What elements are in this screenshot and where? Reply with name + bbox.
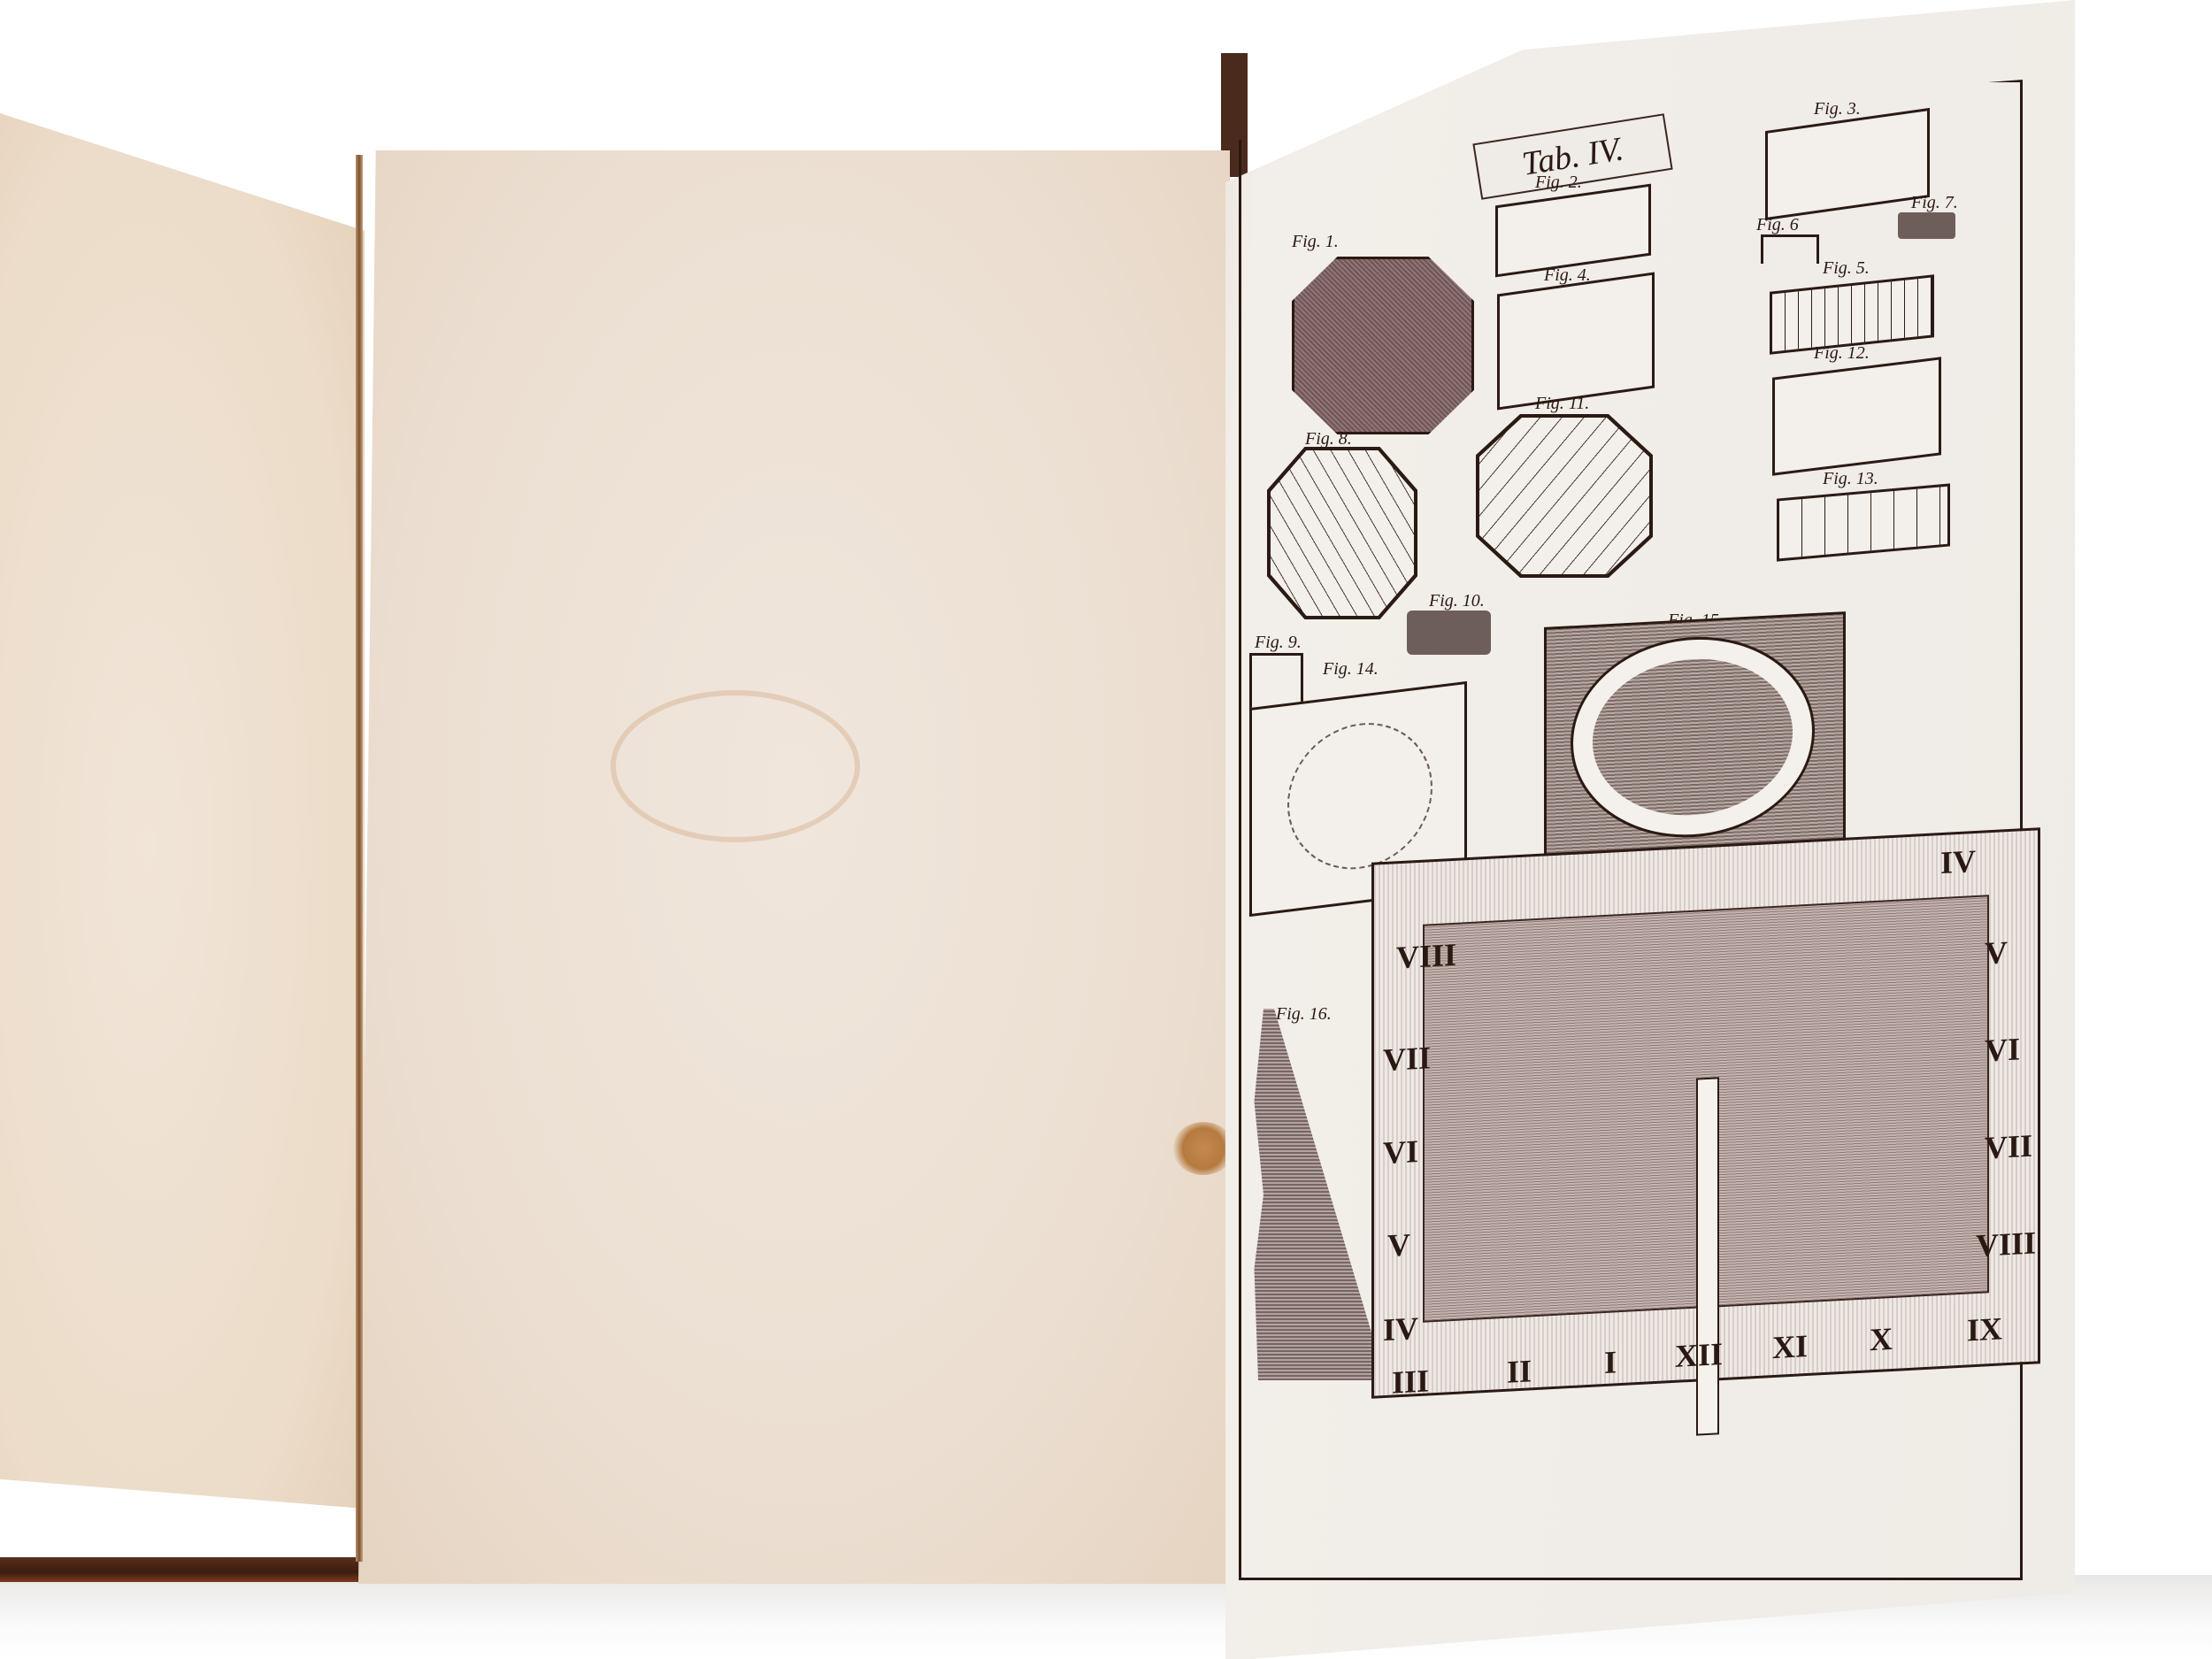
fig11-label: Fig. 11. <box>1535 394 1589 414</box>
numeral-left: VII <box>1383 1039 1431 1079</box>
fig12-label: Fig. 12. <box>1814 343 1870 364</box>
fig6-label: Fig. 6 <box>1756 215 1799 235</box>
fig2-label: Fig. 2. <box>1535 173 1582 193</box>
fig6-bracket <box>1761 234 1819 264</box>
numeral-bottom: II <box>1507 1352 1532 1390</box>
numeral-left: V <box>1387 1226 1410 1264</box>
numeral-right: VI <box>1985 1030 2020 1069</box>
show-through-impression <box>611 690 860 842</box>
fig10-label: Fig. 10. <box>1429 591 1485 611</box>
numeral-bottom: X <box>1870 1320 1893 1358</box>
numeral-right: IV <box>1940 842 1976 881</box>
fig12-dial <box>1772 357 1941 475</box>
numeral-left: VIII <box>1396 936 1456 977</box>
fig8-lines <box>1271 450 1414 616</box>
fig13-label: Fig. 13. <box>1823 469 1878 489</box>
fig8-label: Fig. 8. <box>1305 429 1352 449</box>
numeral-bottom: XI <box>1772 1327 1808 1366</box>
fig14-label: Fig. 14. <box>1323 659 1379 680</box>
fig17-gnomon <box>1696 1077 1719 1435</box>
fig15-letter-ring <box>1573 634 1812 841</box>
numeral-bottom: I <box>1604 1343 1617 1381</box>
fig1-octagonal-block <box>1292 257 1474 434</box>
fig15-monogram-dial <box>1544 611 1846 867</box>
fig1-label: Fig. 1. <box>1292 232 1339 252</box>
fig17-sundial: VIII VII VI V IV III II I XII XI X IX IV… <box>1371 827 2040 1399</box>
left-page-blank <box>358 150 1230 1584</box>
numeral-bottom: III <box>1392 1362 1429 1401</box>
numeral-right: VIII <box>1976 1224 2036 1264</box>
numeral-bottom: IX <box>1967 1310 2002 1348</box>
fig8-octagon-dial <box>1267 447 1417 619</box>
left-page-outer <box>0 113 365 1582</box>
book-photograph: Tab. IV. Fig. 1. Fig. 2. Fig. 3. Fig. 4.… <box>0 0 2212 1659</box>
fig11-octagon-dial <box>1476 414 1653 578</box>
fig14-dotted-circle <box>1287 715 1432 878</box>
numeral-right: V <box>1985 933 2008 972</box>
numeral-bottom: XII <box>1675 1335 1723 1375</box>
fig16-label: Fig. 16. <box>1276 1004 1332 1025</box>
fig7-moulding <box>1898 212 1955 239</box>
page-gutter <box>356 155 363 1562</box>
numeral-right: VII <box>1985 1127 2032 1167</box>
numeral-left: VI <box>1383 1133 1418 1171</box>
numeral-left: IV <box>1383 1310 1418 1348</box>
fig11-lines <box>1479 418 1649 574</box>
foxing-stain <box>1172 1122 1234 1175</box>
fig3-label: Fig. 3. <box>1814 99 1861 119</box>
fig9-label: Fig. 9. <box>1255 633 1302 653</box>
fig4-dial <box>1497 272 1655 410</box>
fig10-moulding <box>1407 611 1491 655</box>
fig5-label: Fig. 5. <box>1823 258 1870 279</box>
fig7-label: Fig. 7. <box>1911 193 1958 213</box>
